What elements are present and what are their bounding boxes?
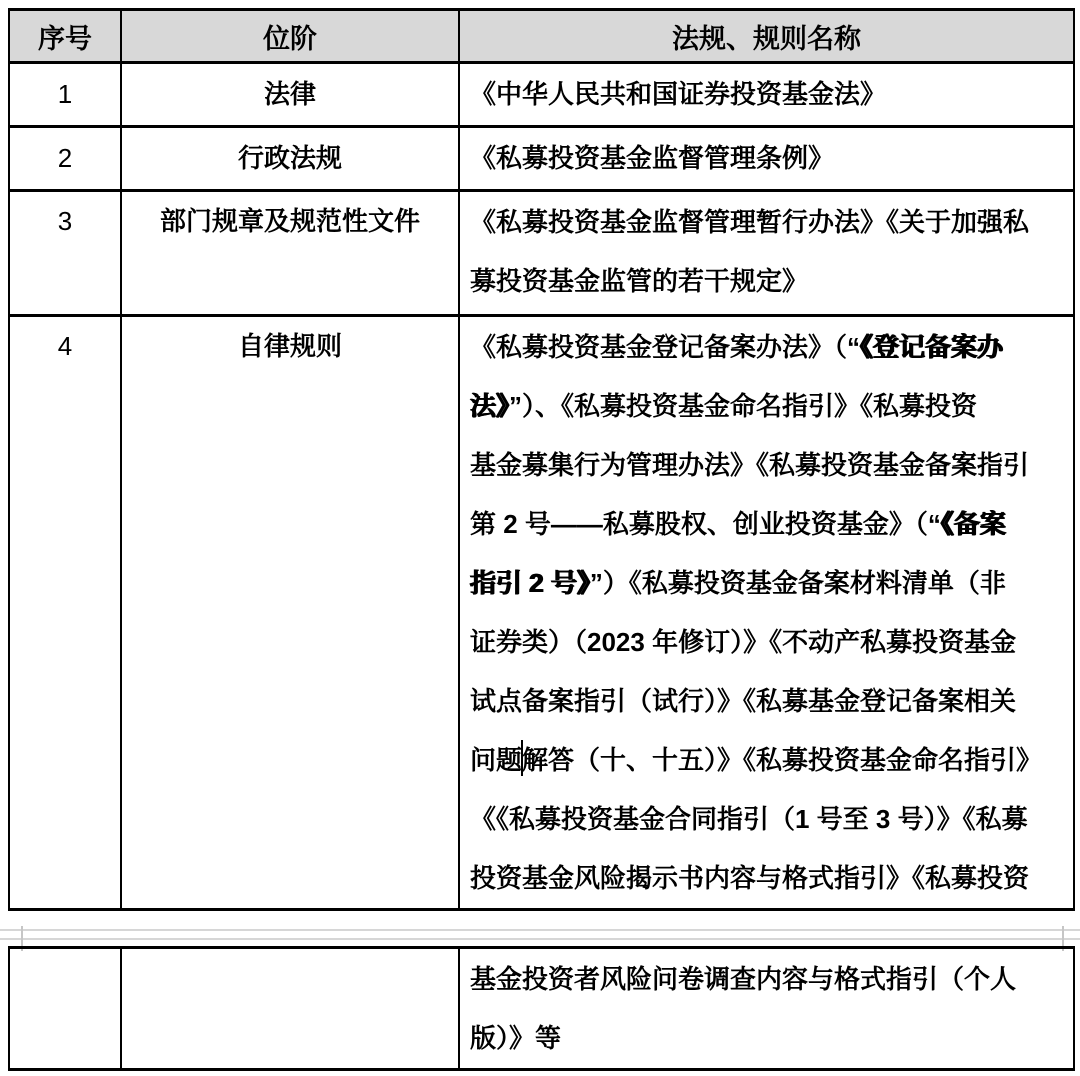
cell-row1-no[interactable]: 1	[9, 63, 121, 127]
table-header-row: 序号 位阶 法规、规则名称	[9, 10, 1074, 63]
cell-row2-name-text: 《私募投资基金监督管理条例》	[470, 129, 1071, 188]
cell-row1-level[interactable]: 法律	[121, 63, 459, 127]
cell-row1-name-text: 《中华人民共和国证券投资基金法》	[470, 65, 1071, 124]
cell-cont-name[interactable]: 基金投资者风险问卷调查内容与格式指引（个人 版）》等	[459, 948, 1074, 1070]
cell-cont-no[interactable]	[9, 948, 121, 1070]
cell-row3-name[interactable]: 《私募投资基金监督管理暂行办法》《关于加强私 募投资基金监管的若干规定》	[459, 191, 1074, 316]
page-edge-line-top	[0, 938, 1080, 940]
cell-row2-no[interactable]: 2	[9, 127, 121, 191]
cell-row4-level[interactable]: 自律规则	[121, 316, 459, 910]
cell-row3-name-text: 《私募投资基金监督管理暂行办法》《关于加强私 募投资基金监管的若干规定》	[470, 193, 1071, 311]
cell-row3-no[interactable]: 3	[9, 191, 121, 316]
page-edge-line-bottom	[0, 929, 1080, 931]
cell-row1-name[interactable]: 《中华人民共和国证券投资基金法》	[459, 63, 1074, 127]
table-row-2: 2 行政法规 《私募投资基金监督管理条例》	[9, 127, 1074, 191]
cell-row3-level[interactable]: 部门规章及规范性文件	[121, 191, 459, 316]
regulation-table-page1: 序号 位阶 法规、规则名称 1 法律 《中华人民共和国证券投资基金法》 2 行政…	[8, 8, 1075, 911]
header-cell-level[interactable]: 位阶	[121, 10, 459, 63]
table-row-4: 4 自律规则 《私募投资基金登记备案办法》（“《登记备案办 法》”）、《私募投资…	[9, 316, 1074, 910]
cell-row4-name-text: 《私募投资基金登记备案办法》（“《登记备案办 法》”）、《私募投资基金命名指引》…	[470, 318, 1071, 908]
cell-row4-name[interactable]: 《私募投资基金登记备案办法》（“《登记备案办 法》”）、《私募投资基金命名指引》…	[459, 316, 1074, 910]
cell-row2-name[interactable]: 《私募投资基金监督管理条例》	[459, 127, 1074, 191]
table-row-3: 3 部门规章及规范性文件 《私募投资基金监督管理暂行办法》《关于加强私 募投资基…	[9, 191, 1074, 316]
word-document-view: 序号 位阶 法规、规则名称 1 法律 《中华人民共和国证券投资基金法》 2 行政…	[0, 0, 1080, 1076]
cell-row2-level[interactable]: 行政法规	[121, 127, 459, 191]
cell-cont-name-text: 基金投资者风险问卷调查内容与格式指引（个人 版）》等	[470, 950, 1071, 1068]
cell-row4-no[interactable]: 4	[9, 316, 121, 910]
table-row-4-continued: 基金投资者风险问卷调查内容与格式指引（个人 版）》等	[9, 948, 1074, 1070]
header-cell-no[interactable]: 序号	[9, 10, 121, 63]
table-row-1: 1 法律 《中华人民共和国证券投资基金法》	[9, 63, 1074, 127]
cell-cont-level[interactable]	[121, 948, 459, 1070]
header-cell-name[interactable]: 法规、规则名称	[459, 10, 1074, 63]
regulation-table-page2-continuation: 基金投资者风险问卷调查内容与格式指引（个人 版）》等	[8, 946, 1075, 1071]
